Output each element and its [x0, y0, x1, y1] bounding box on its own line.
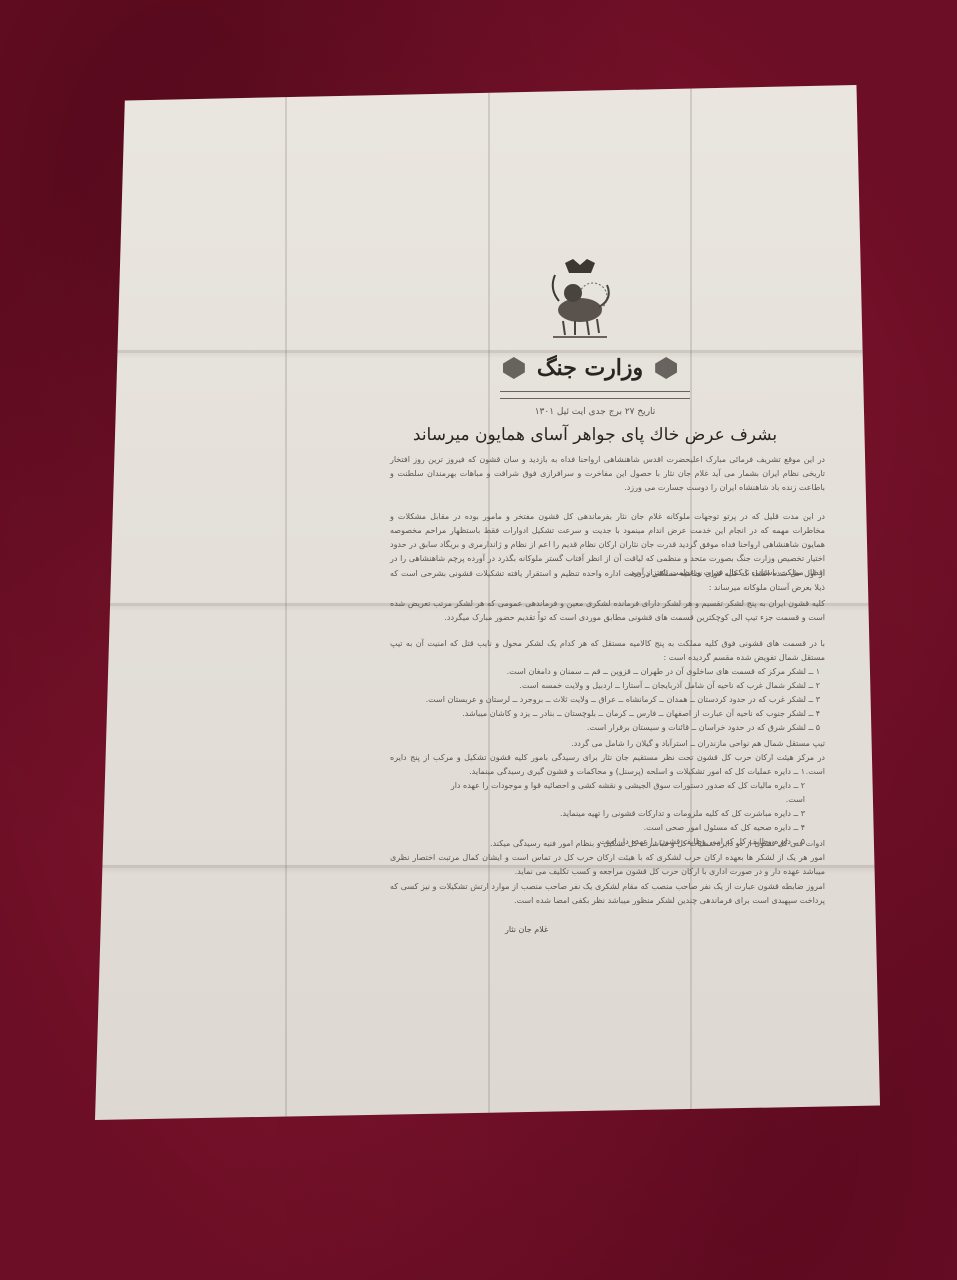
- paragraph: از اول حل شده الشاء که کلیه قوای نظامیه …: [390, 567, 825, 595]
- document-content: وزارت جنگ تاریخ ۲۷ برج جدی ایت ئیل ۱۳۰۱ …: [95, 85, 880, 1120]
- date-line: تاریخ ۲۷ برج جدی ایت ئیل ۱۳۰۱: [485, 407, 705, 417]
- title-rule: [500, 391, 690, 399]
- paragraph: در این موقع تشریف فرمائی مبارک اعلیحضرت …: [390, 453, 825, 495]
- list-item: ۳ ــ لشکر غرب که در حدود کردستان ــ همدا…: [425, 693, 820, 707]
- paragraph: امروز ضابطه قشون عبارت از یک نفر صاحب من…: [390, 880, 825, 908]
- list-item: ۴ ــ دایره صحیه کل که مسئول امور صحی است…: [435, 821, 805, 835]
- list-item: ۴ ــ لشکر جنوب که ناحیه آن عبارت از اصفه…: [425, 707, 820, 721]
- signature: غلام جان نثار: [505, 925, 548, 934]
- list-item: ۵ ــ لشکر شرق که در حدود خراسان ــ قائنا…: [425, 721, 820, 735]
- paragraph: تیپ مستقل شمال هم نواحی مازندران ــ استر…: [390, 737, 825, 751]
- list-item: ۱ ــ لشکر مرکز که قسمت های ساخلوی آن در …: [425, 665, 820, 679]
- list-item: ۲ ــ لشکر شمال غرب که ناحیه آن شامل آذرب…: [425, 679, 820, 693]
- paragraph: ادوات فنی کل قشون از دو دایره عملیات کل …: [390, 837, 825, 851]
- document-heading: بشرف عرض خاك پای جواهر آسای همایون میرسا…: [395, 425, 795, 445]
- lion-and-sun-icon: [535, 255, 625, 345]
- list-item: ۲ ــ دایره مالیات کل که صدور دستورات سوق…: [435, 779, 805, 807]
- list-item: ۳ ــ دایره مباشرت کل که کلیه ملزومات و ت…: [435, 807, 805, 821]
- ministry-title: وزارت جنگ: [537, 355, 643, 381]
- paragraph: امور هر یک از لشکر ها بعهده ارکان حرب لش…: [390, 851, 825, 879]
- title-row: وزارت جنگ: [490, 348, 690, 388]
- ornament-icon: [503, 357, 525, 379]
- document-paper: وزارت جنگ تاریخ ۲۷ برج جدی ایت ئیل ۱۳۰۱ …: [95, 85, 880, 1120]
- paragraph: با در قسمت های قشونی فوق کلیه مملکت به پ…: [390, 637, 825, 665]
- paragraph: کلیه قشون ایران به پنج لشکر تقسیم و هر ل…: [390, 597, 825, 625]
- list-item: ۱ ــ دایره عملیات کل که امور تشکیلات و ا…: [435, 765, 805, 779]
- divisions-list: ۱ ــ لشکر مرکز که قسمت های ساخلوی آن در …: [425, 665, 820, 735]
- ornament-icon: [655, 357, 677, 379]
